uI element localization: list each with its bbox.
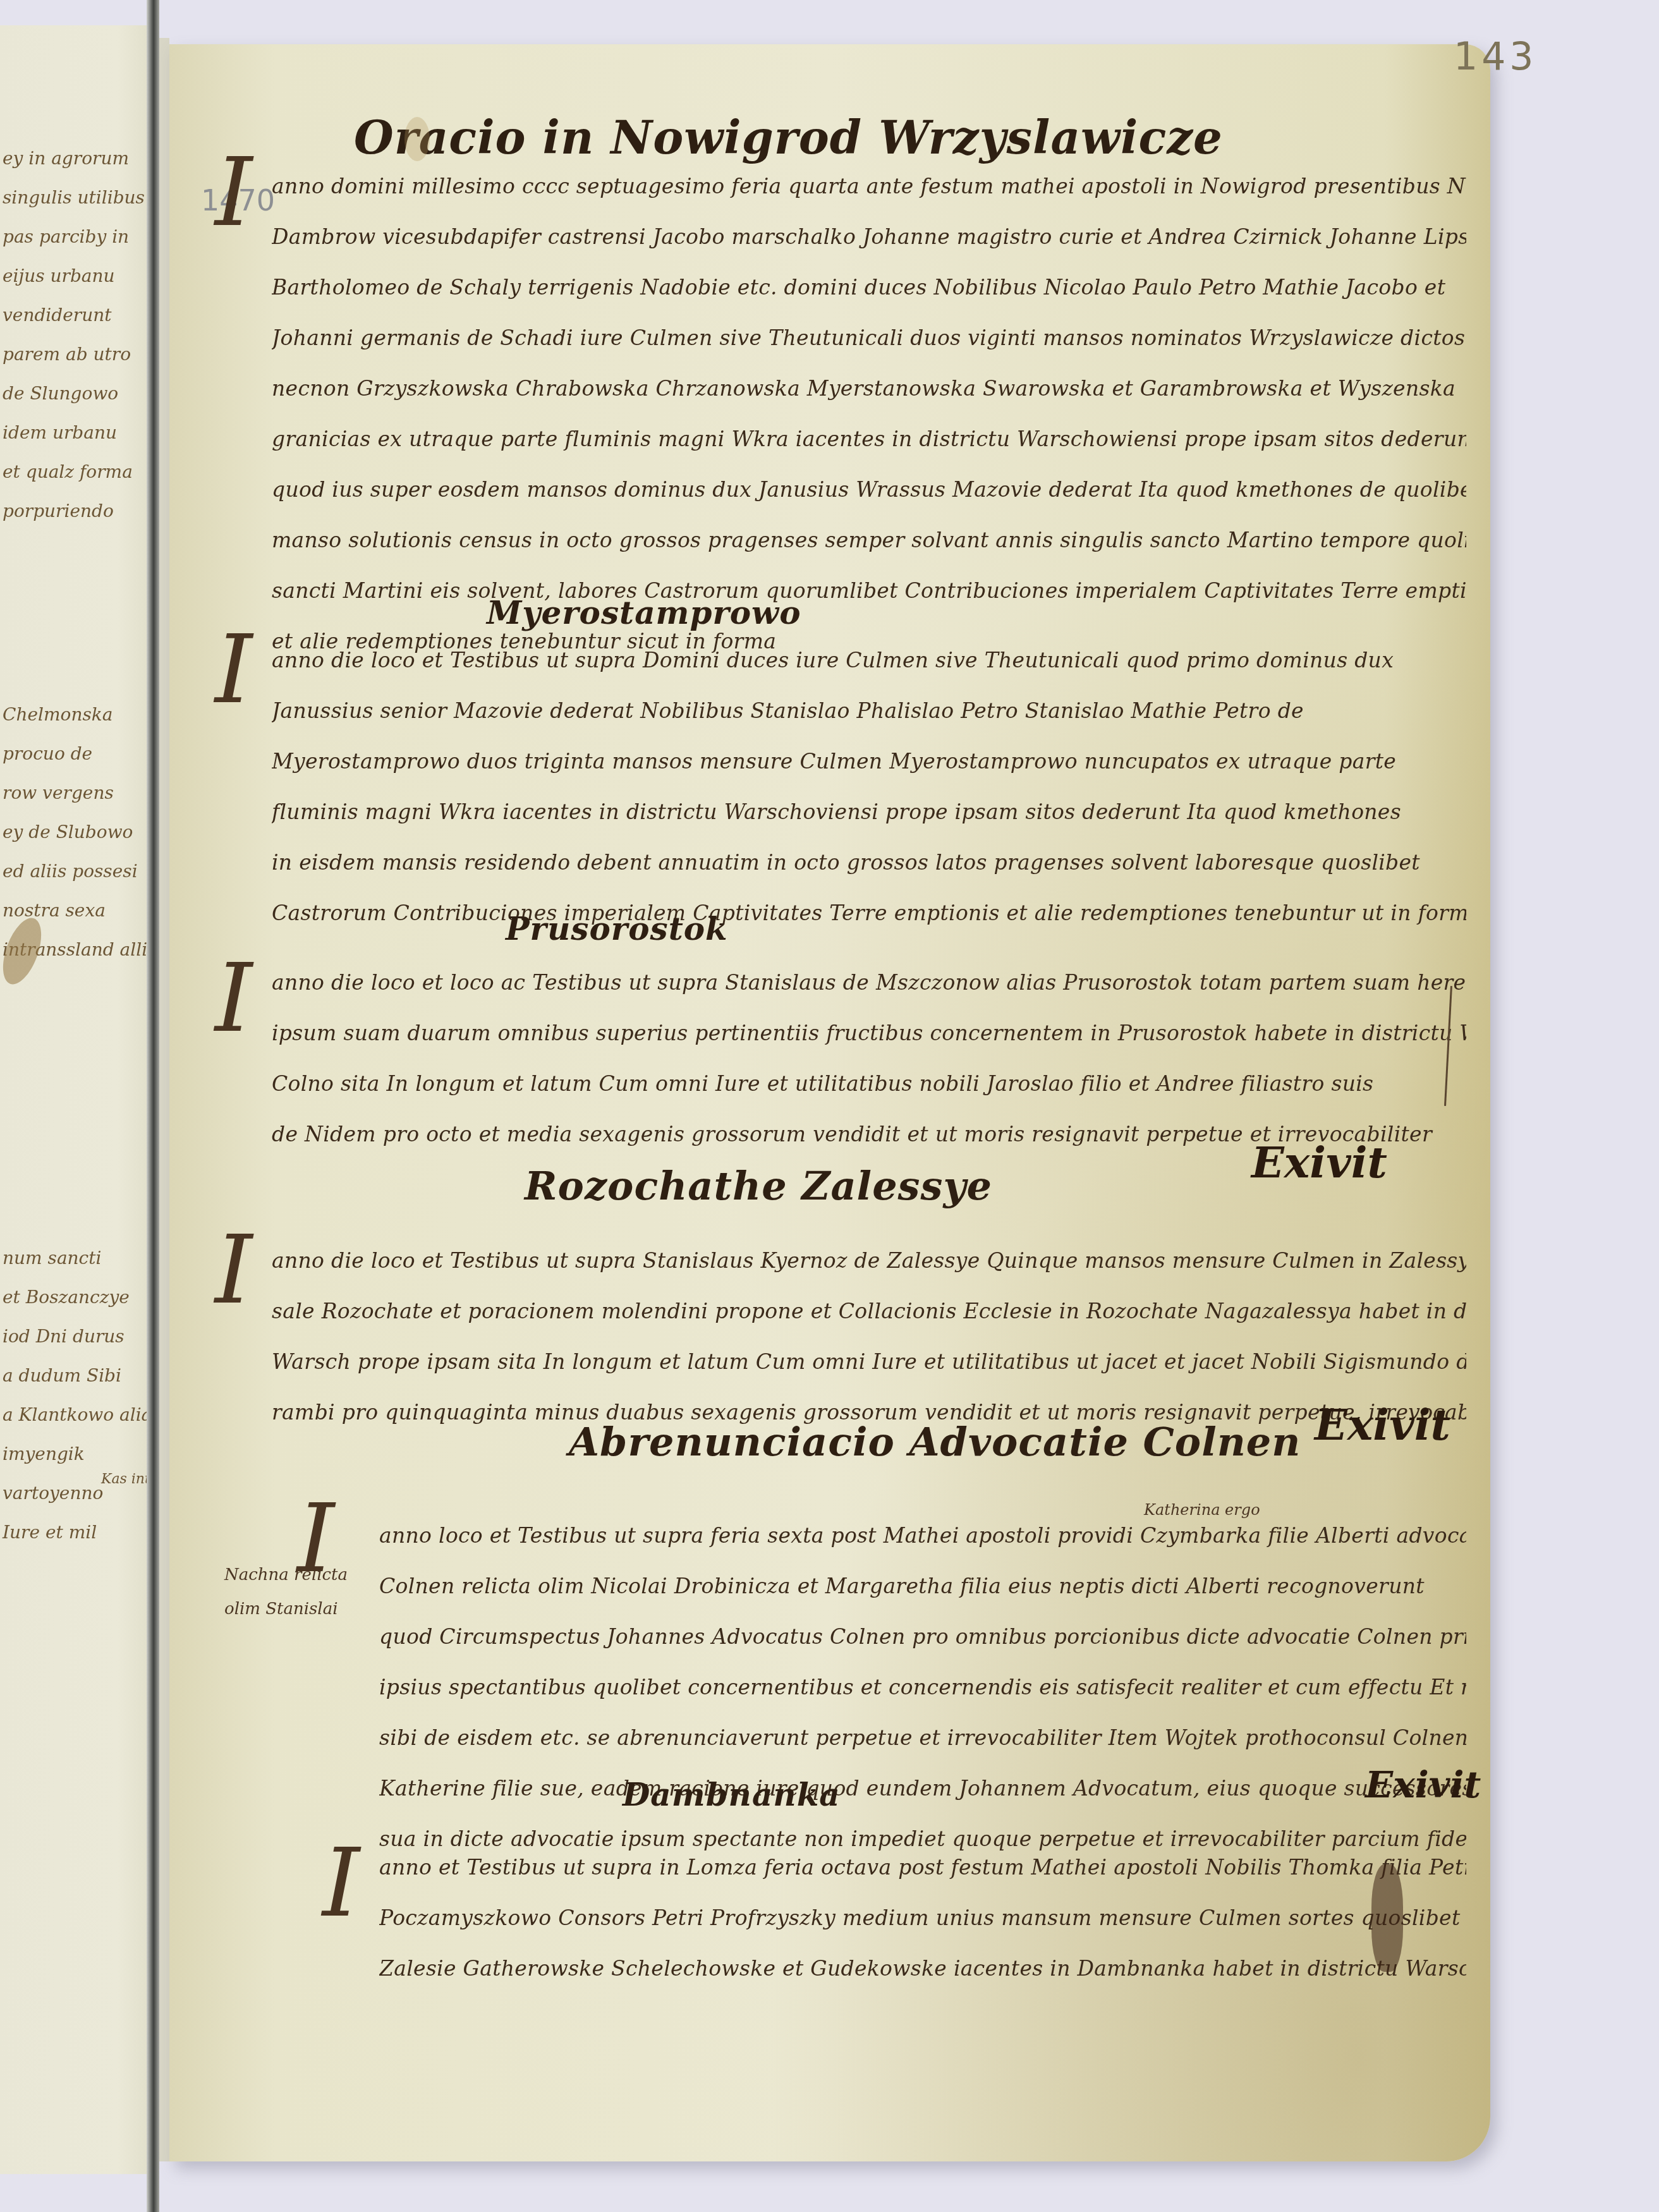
text-line: in eisdem mansis residendo debent annuat… — [272, 837, 1466, 888]
entry-text: anno die loco et Testibus ut supra Domin… — [272, 635, 1466, 939]
text-line: quod Circumspectus Johannes Advocatus Co… — [379, 1612, 1466, 1662]
water-stain — [404, 117, 430, 161]
left-line: de Slungowo — [0, 374, 147, 413]
left-line: Iure et mil — [0, 1513, 147, 1552]
left-line: ey de Slubowo — [0, 813, 147, 852]
left-line: ey in agrorum — [0, 139, 147, 178]
margin-note-line: olim Stanislai — [224, 1592, 348, 1626]
decorated-initial: I — [215, 623, 252, 717]
left-line: eijus urbanu — [0, 257, 147, 296]
entry-text: anno die loco et loco ac Testibus ut sup… — [272, 957, 1466, 1160]
text-line: Colno sita In longum et latum Cum omni I… — [272, 1059, 1466, 1109]
text-line: granicias ex utraque parte fluminis magn… — [272, 414, 1466, 465]
left-line: parem ab utro — [0, 335, 147, 374]
text-line: fluminis magni Wkra iacentes in district… — [272, 787, 1466, 837]
entry-text: anno domini millesimo cccc septuagesimo … — [272, 161, 1466, 667]
entry-text: anno loco et Testibus ut supra feria sex… — [379, 1510, 1466, 1864]
text-line: Janussius senior Mazovie dederat Nobilib… — [272, 686, 1466, 736]
text-line: ipsum suam duarum omnibus superius perti… — [272, 1008, 1466, 1059]
section-heading: Myerostamprowo — [487, 594, 801, 631]
folio-number: 143 — [1454, 35, 1538, 79]
entry-text: anno die loco et Testibus ut supra Stani… — [272, 1236, 1466, 1438]
text-line: anno et Testibus ut supra in Lomza feria… — [379, 1842, 1466, 1893]
text-line: anno die loco et loco ac Testibus ut sup… — [272, 957, 1466, 1008]
text-line: anno loco et Testibus ut supra feria sex… — [379, 1510, 1466, 1561]
left-line: row vergens — [0, 774, 147, 813]
entry-text: anno et Testibus ut supra in Lomza feria… — [379, 1842, 1466, 1994]
decorated-initial: I — [215, 1223, 252, 1318]
ink-blot-stain — [1371, 1864, 1403, 1972]
book-gutter — [147, 0, 159, 2212]
decorated-initial: I — [215, 951, 252, 1046]
text-line: Myerostamprowo duos triginta mansos mens… — [272, 736, 1466, 787]
decorated-initial: I — [215, 145, 252, 240]
section-heading: Prusorostok — [506, 910, 728, 947]
text-line: Poczamyszkowo Consors Petri Profrzyszky … — [379, 1893, 1466, 1943]
left-line: idem urbanu — [0, 413, 147, 453]
left-page-fragment: ey in agrorum singulis utilibus pas parc… — [0, 25, 147, 2174]
text-line: anno domini millesimo cccc septuagesimo … — [272, 161, 1466, 212]
left-page-text-block-bottom: num sancti et Boszanczye iod Dni durus a… — [0, 1239, 147, 1552]
text-line: anno die loco et Testibus ut supra Domin… — [272, 635, 1466, 686]
left-margin-note: Nachna relicta olim Stanislai — [224, 1558, 348, 1626]
section-heading: Abrenunciacio Advocatie Colnen — [569, 1419, 1301, 1465]
text-line: quod ius super eosdem mansos dominus dux… — [272, 465, 1466, 515]
section-heading: Dambnanka — [623, 1776, 841, 1813]
left-line: Chelmonska — [0, 695, 147, 734]
left-line: pas parciby in — [0, 217, 147, 257]
text-line: Warsch prope ipsam sita In longum et lat… — [272, 1337, 1466, 1387]
margin-note-line: Nachna relicta — [224, 1558, 348, 1592]
text-line: ipsius spectantibus quolibet concernenti… — [379, 1662, 1466, 1713]
text-line: Zalesie Gatherowske Schelechowske et Gud… — [379, 1943, 1466, 1994]
left-line: et Boszanczye — [0, 1278, 147, 1317]
binding-strip — [159, 38, 169, 2161]
left-page-text-block-top: ey in agrorum singulis utilibus pas parc… — [0, 139, 147, 531]
left-line: a dudum Sibi — [0, 1356, 147, 1395]
text-line: manso solutionis census in octo grossos … — [272, 515, 1466, 566]
section-heading: Rozochathe Zalessye — [525, 1163, 992, 1209]
left-line: iod Dni durus — [0, 1317, 147, 1356]
exivit-margin-note: Exivit — [1365, 1763, 1481, 1806]
left-line: porpuriendo — [0, 492, 147, 531]
left-line: singulis utilibus — [0, 178, 147, 217]
text-line: Johanni germanis de Schadi iure Culmen s… — [272, 313, 1466, 363]
left-line: procuo de — [0, 734, 147, 774]
text-line: Bartholomeo de Schaly terrigenis Nadobie… — [272, 262, 1466, 313]
exivit-margin-note: Exivit — [1315, 1400, 1450, 1450]
decorated-initial: I — [322, 1836, 360, 1931]
text-line: sibi de eisdem etc. se abrenunciaverunt … — [379, 1713, 1466, 1763]
section-heading: Oracio in Nowigrod Wrzyslawicze — [354, 111, 1223, 164]
text-line: anno die loco et Testibus ut supra Stani… — [272, 1236, 1466, 1286]
text-line: Katherine filie sue, eadem racione iure … — [379, 1763, 1466, 1814]
left-line: vendiderunt — [0, 296, 147, 335]
left-line: a Klantkowo alias — [0, 1395, 147, 1435]
left-line: et qualz forma — [0, 453, 147, 492]
left-line: ed aliis possesi — [0, 852, 147, 891]
text-line: Castrorum Contribuciones imperialem Capt… — [272, 888, 1466, 939]
left-line: num sancti — [0, 1239, 147, 1278]
text-line: sale Rozochate et poracionem molendini p… — [272, 1286, 1466, 1337]
text-line: Dambrow vicesubdapifer castrensi Jacobo … — [272, 212, 1466, 262]
text-line: Colnen relicta olim Nicolai Drobinicza e… — [379, 1561, 1466, 1612]
exivit-margin-note: Exivit — [1251, 1138, 1387, 1188]
text-line: necnon Grzyszkowska Chrabowska Chrzanows… — [272, 363, 1466, 414]
text-line: sancti Martini eis solvent, labores Cast… — [272, 566, 1466, 616]
